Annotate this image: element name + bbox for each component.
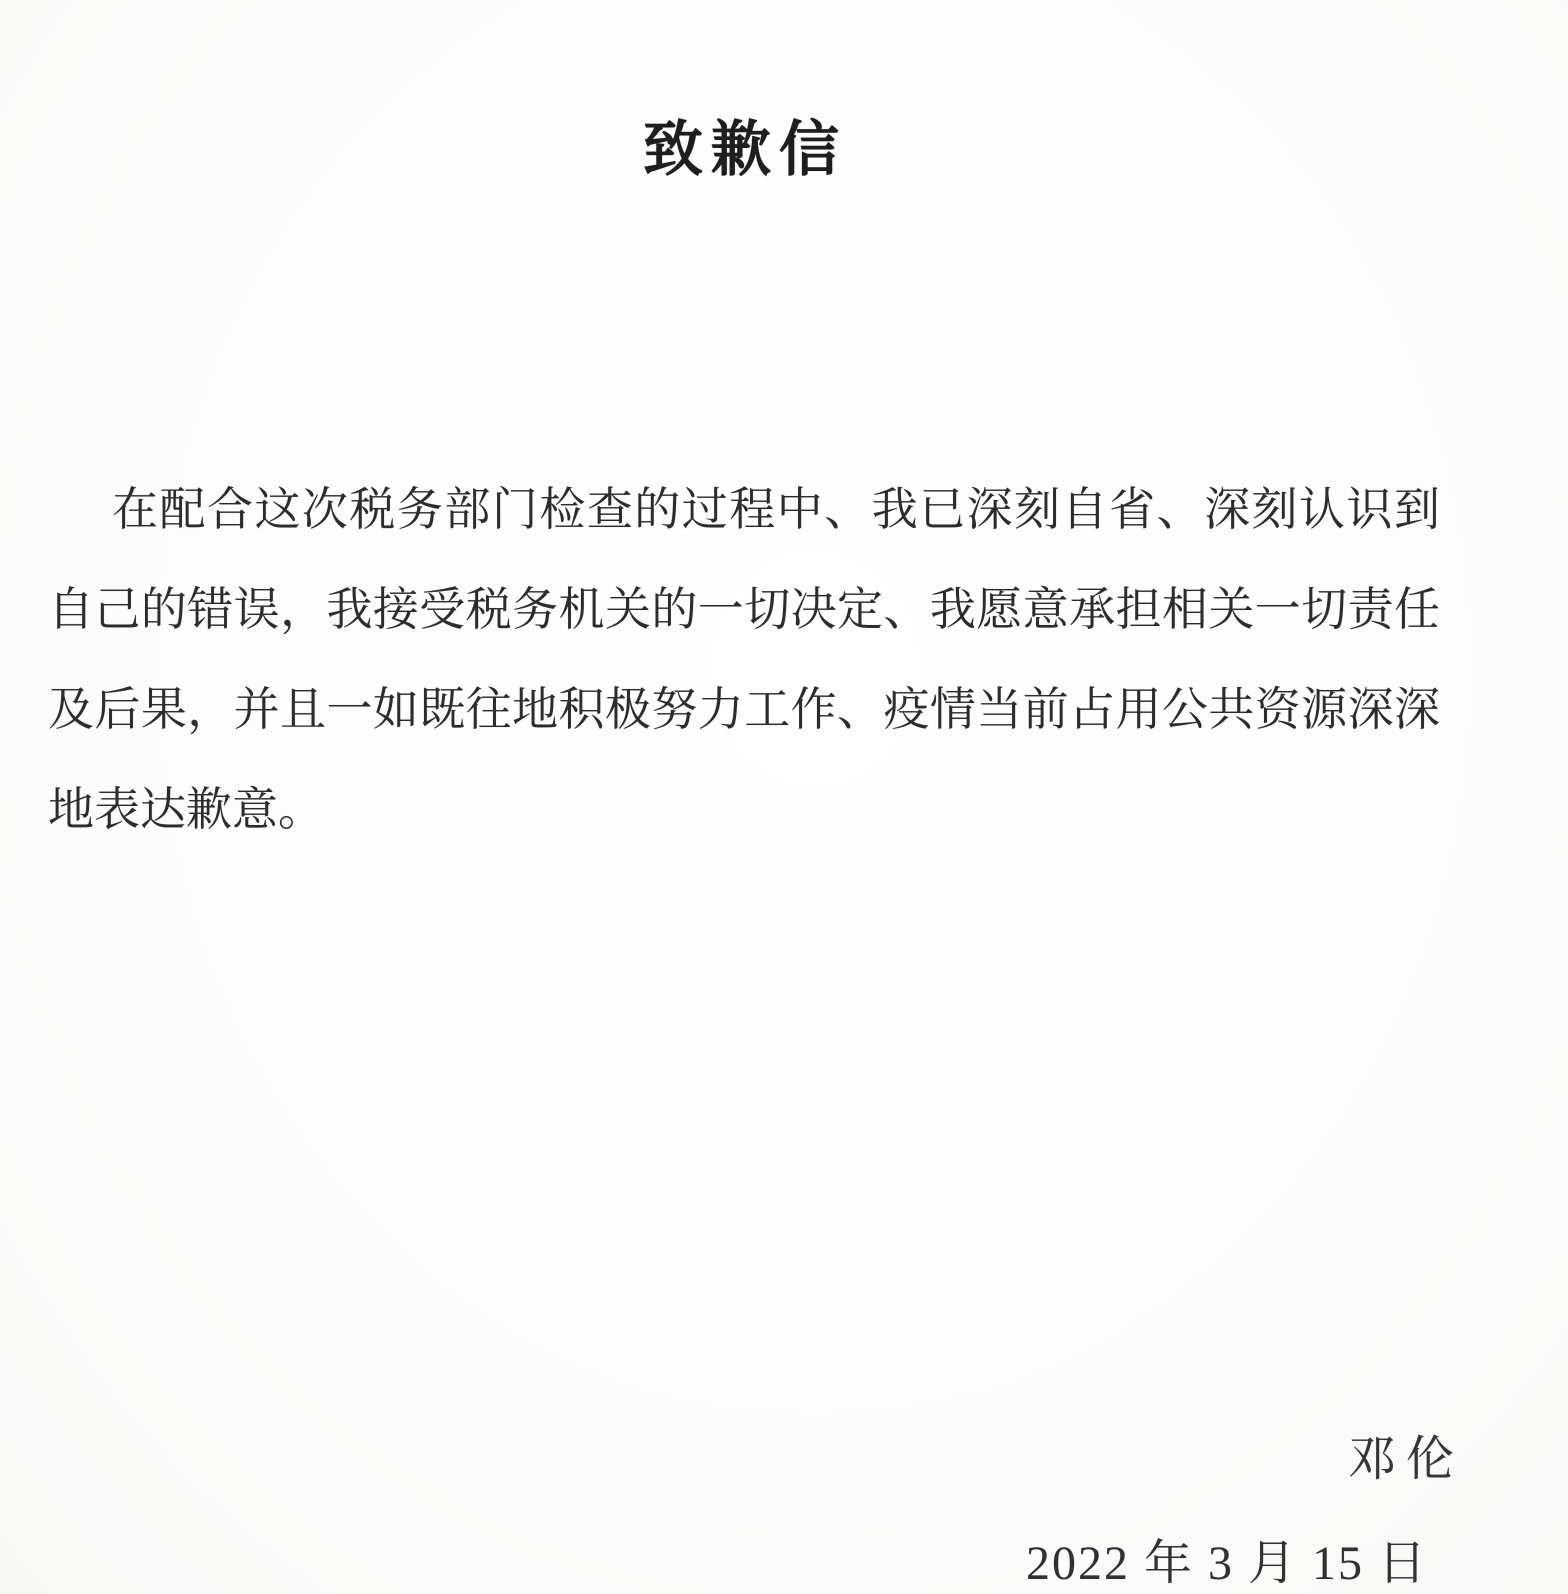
body-line-2: 自己的错误，我接受税务机关的一切决定、我愿意承担相关一切责任	[48, 560, 1440, 660]
apology-letter-page: 致歉信 在配合这次税务部门检查的过程中、我已深刻自省、深刻认识到 自己的错误，我…	[0, 0, 1568, 1594]
body-line-4: 地表达歉意。	[48, 760, 1440, 860]
signature-name: 邓伦	[1348, 1420, 1464, 1489]
letter-body: 在配合这次税务部门检查的过程中、我已深刻自省、深刻认识到 自己的错误，我接受税务…	[48, 460, 1440, 860]
letter-date: 2022 年 3 月 15 日	[1026, 1524, 1428, 1593]
letter-title: 致歉信	[0, 102, 1490, 188]
body-line-1: 在配合这次税务部门检查的过程中、我已深刻自省、深刻认识到	[48, 460, 1440, 560]
body-line-3: 及后果，并且一如既往地积极努力工作、疫情当前占用公共资源深深	[48, 660, 1440, 760]
